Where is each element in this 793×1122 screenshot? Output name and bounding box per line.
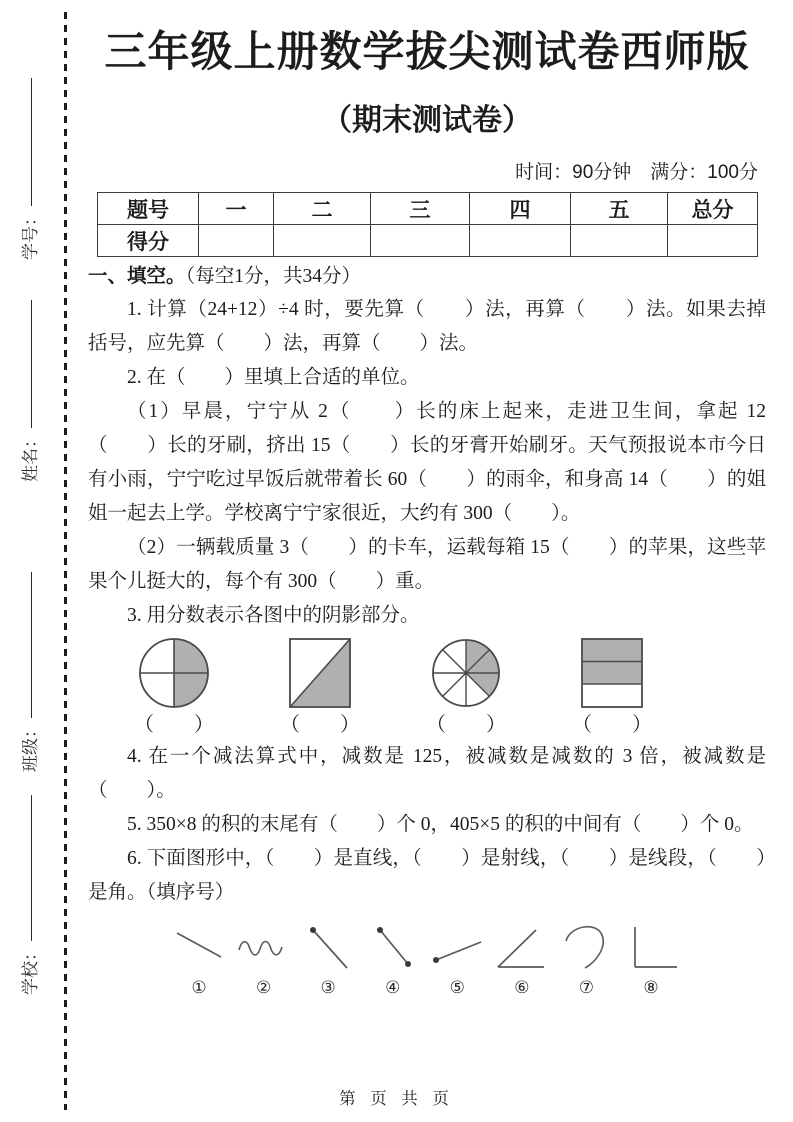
fraction-answer-blank: （ ） (572, 711, 652, 740)
figure-number-label: ② (235, 976, 293, 1000)
score-table-header-row: 题号 一 二 三 四 五 总分 (98, 193, 758, 225)
figure-number-label: ⑦ (557, 976, 615, 1000)
fold-dashed-line (64, 12, 67, 1110)
score-header-cell: 二 (274, 193, 371, 225)
margin-field-name: 姓名： (16, 292, 41, 482)
fraction-diagram-rectangle-thirds: （ ） (572, 637, 652, 740)
score-header-cell: 题号 (98, 193, 199, 225)
figure-8-right-angle: ⑧ (622, 923, 680, 1000)
student-id-label: 学号： (21, 209, 40, 260)
segment-figure (365, 923, 421, 973)
figure-number-label: ⑤ (428, 976, 486, 1000)
score-header-cell: 五 (571, 193, 668, 225)
page-subtitle: （期末测试卷） (88, 101, 766, 141)
fraction-diagram-row: （ ） （ ） （ ） (88, 637, 766, 740)
score-header-cell: 三 (371, 193, 470, 225)
figure-2-wavy-curve: ② (235, 923, 293, 1000)
question-6: 6. 下面图形中，（ ）是直线，（ ）是射线，（ ）是线段，（ ）是角。（填序号… (88, 842, 766, 910)
name-blank-line (30, 300, 32, 428)
footer-page-number: 第 页 共 页 (0, 1085, 793, 1109)
figure-number-label: ① (170, 976, 228, 1000)
score-table-score-row: 得分 (98, 225, 758, 257)
square-diagonal-diagram (288, 637, 352, 709)
fraction-answer-blank: （ ） (426, 711, 506, 740)
score-table: 题号 一 二 三 四 五 总分 得分 (97, 192, 758, 257)
score-empty-cell (668, 225, 758, 257)
figure-3-ray-down: ③ (299, 923, 357, 1000)
score-empty-cell (371, 225, 470, 257)
angle-figure (494, 923, 550, 973)
question-5: 5. 350×8 的积的末尾有（ ）个 0，405×5 的积的中间有（ ）个 0… (88, 808, 766, 842)
figure-1-plain-line: ① (170, 923, 228, 1000)
margin-field-student-id: 学号： (16, 70, 41, 260)
score-empty-cell (470, 225, 571, 257)
score-empty-cell (571, 225, 668, 257)
plain-line-figure (171, 923, 227, 973)
question-3: 3. 用分数表示各图中的阴影部分。 (88, 599, 766, 633)
score-header-cell: 一 (199, 193, 274, 225)
section-one-note: （每空1分，共34分） (186, 266, 362, 287)
rectangle-thirds-diagram (580, 637, 644, 709)
line-figures-row: ① ② ③ ④ (88, 923, 766, 1000)
name-label: 姓名： (21, 431, 40, 482)
paper-content: 三年级上册数学拔尖测试卷西师版 （期末测试卷） 时间：90分钟 满分：100分 … (88, 18, 766, 1000)
ray-figure (300, 923, 356, 973)
fraction-answer-blank: （ ） (134, 711, 214, 740)
figure-6-angle: ⑥ (493, 923, 551, 1000)
figure-number-label: ⑥ (493, 976, 551, 1000)
exam-time-score-info: 时间：90分钟 满分：100分 (88, 161, 766, 185)
figure-4-segment: ④ (364, 923, 422, 1000)
student-id-blank-line (30, 78, 32, 206)
score-header-cell: 四 (470, 193, 571, 225)
section-one-heading: 一、填空。（每空1分，共34分） (88, 261, 766, 293)
question-2-sub-2: （2）一辆载质量 3（ ）的卡车，运载每箱 15（ ）的苹果，这些苹果个儿挺大的… (88, 531, 766, 599)
figure-number-label: ⑧ (622, 976, 680, 1000)
score-empty-cell (199, 225, 274, 257)
score-row-label: 得分 (98, 225, 199, 257)
figure-number-label: ③ (299, 976, 357, 1000)
circle-eighths-diagram (432, 637, 500, 709)
score-header-cell: 总分 (668, 193, 758, 225)
class-blank-line (30, 572, 32, 718)
fraction-diagram-square-diagonal: （ ） (280, 637, 360, 740)
section-one-title: 一、填空。 (88, 266, 186, 287)
question-2-sub-1: （1）早晨，宁宁从 2（ ）长的床上起来，走进卫生间，拿起 12（ ）长的牙刷，… (88, 395, 766, 531)
right-angle-figure (623, 923, 679, 973)
figure-number-label: ④ (364, 976, 422, 1000)
wavy-curve-figure (236, 923, 292, 973)
question-4: 4. 在一个减法算式中，减数是 125，被减数是减数的 3 倍，被减数是（ ）。 (88, 740, 766, 808)
open-curve-figure (558, 923, 614, 973)
school-label: 学校： (21, 944, 40, 995)
circle-quarters-diagram (138, 637, 210, 709)
fraction-diagram-circle-quarters: （ ） (134, 637, 214, 740)
figure-5-ray-up: ⑤ (428, 923, 486, 1000)
ray-figure (429, 923, 485, 973)
question-2: 2. 在（ ）里填上合适的单位。 (88, 361, 766, 395)
school-blank-line (30, 795, 32, 941)
fraction-answer-blank: （ ） (280, 711, 360, 740)
class-label: 班级： (21, 721, 40, 772)
fraction-diagram-circle-eighths: （ ） (426, 637, 506, 740)
figure-7-curve: ⑦ (557, 923, 615, 1000)
page-title: 三年级上册数学拔尖测试卷西师版 (88, 26, 766, 78)
margin-field-school: 学校： (16, 795, 41, 995)
margin-field-class: 班级： (16, 572, 41, 772)
score-empty-cell (274, 225, 371, 257)
question-1: 1. 计算（24+12）÷4 时，要先算（ ）法，再算（ ）法。如果去掉括号，应… (88, 293, 766, 361)
